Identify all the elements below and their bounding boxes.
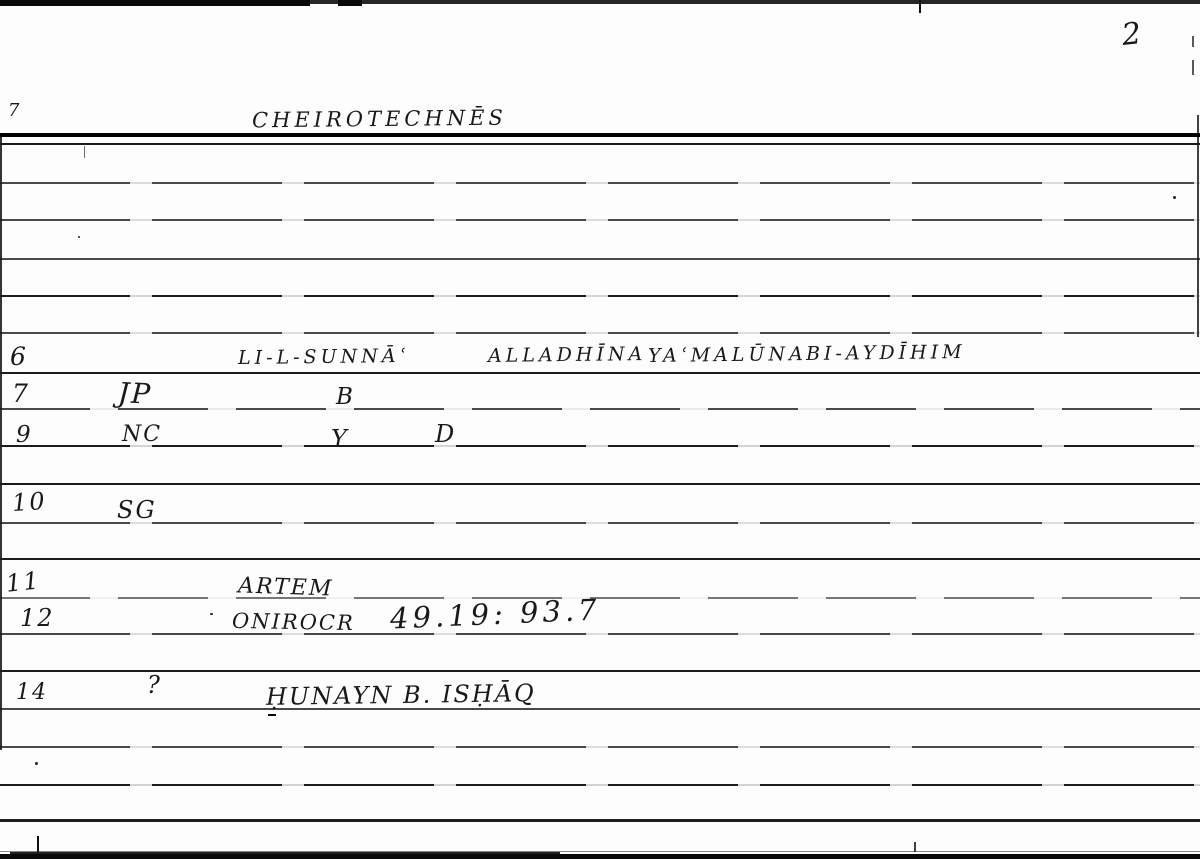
entry-12-number: 12 bbox=[20, 606, 55, 630]
entry-6-word-2: YAʿMALŪNA bbox=[648, 345, 807, 366]
entry-11-word-0: ARTEM bbox=[238, 575, 334, 600]
rule-line bbox=[0, 332, 1200, 334]
scan-edge-right bbox=[1197, 115, 1199, 337]
entry-7-word-0: JP bbox=[117, 379, 152, 409]
entry-12-word-0: ONIROCR bbox=[232, 611, 355, 634]
scan-edge-bottom bbox=[0, 854, 1200, 859]
entry-12-word-1: 49.19: 93.7 bbox=[389, 595, 601, 633]
scan-dash-right-2 bbox=[1192, 60, 1194, 75]
stray-dot bbox=[78, 236, 80, 238]
entry-6-word-1: ALLADHĪNA bbox=[488, 345, 647, 366]
entry-6-number: 6 bbox=[10, 344, 28, 369]
scan-edge-left bbox=[0, 135, 2, 750]
entry-7-number: 7 bbox=[12, 381, 30, 406]
rule-line bbox=[0, 483, 1200, 485]
stray-dash-under-h bbox=[268, 714, 276, 716]
rule-line bbox=[0, 372, 1200, 374]
entry-11-number: 11 bbox=[5, 568, 42, 595]
rule-line bbox=[0, 133, 1200, 137]
rule-line bbox=[0, 408, 1200, 410]
rule-line bbox=[0, 784, 1200, 786]
rule-line bbox=[0, 258, 1200, 260]
entry-10-number: 10 bbox=[11, 489, 47, 515]
entry-10-word-0: SG bbox=[117, 498, 157, 522]
rule-line bbox=[0, 819, 1200, 822]
stray-dot bbox=[1173, 196, 1176, 199]
page-title: CHEIROTECHNĒS bbox=[252, 108, 507, 132]
scan-tick-top bbox=[919, 0, 921, 13]
scan-edge-top-blob bbox=[338, 0, 362, 6]
entry-7-word-1: B bbox=[336, 386, 355, 409]
rule-line bbox=[0, 445, 1200, 447]
rule-line bbox=[0, 558, 1200, 560]
rule-line bbox=[0, 295, 1200, 297]
scan-edge-top-left-blob bbox=[0, 0, 310, 6]
entry-14-word-0: ? bbox=[147, 673, 162, 697]
rule-line bbox=[0, 143, 1200, 145]
rule-line bbox=[0, 746, 1200, 748]
stray-dot bbox=[35, 762, 38, 765]
rule-line bbox=[0, 522, 1200, 524]
entry-14-word-1: ḤUNAYN B. ISḤĀQ bbox=[266, 681, 536, 709]
entry-9-word-2: D bbox=[435, 422, 456, 446]
entry-9-word-1: Y bbox=[331, 427, 349, 451]
scan-tick-bottom-mid bbox=[914, 842, 916, 852]
entry-6-word-3: BI-AYDĪHIM bbox=[806, 343, 966, 364]
scanned-notebook-page: { "page": { "number": "2", "margin_mark"… bbox=[0, 0, 1200, 859]
entry-14-number: 14 bbox=[16, 682, 48, 704]
rule-line bbox=[0, 219, 1200, 221]
entry-9-number: 9 bbox=[16, 424, 33, 447]
scan-dash-right-1 bbox=[1192, 36, 1194, 47]
rule-line bbox=[0, 633, 1200, 635]
entry-9-word-0: NC bbox=[122, 424, 162, 446]
margin-mark: 7 bbox=[8, 102, 21, 120]
rule-line bbox=[0, 670, 1200, 672]
rule-line bbox=[0, 182, 1200, 184]
entry-6-word-0: LI-L-SUNNĀʿ bbox=[238, 347, 410, 368]
rule-line bbox=[0, 708, 1200, 710]
stray-dot bbox=[210, 613, 213, 615]
scan-tick-bottom-left bbox=[37, 836, 39, 852]
stray-tick bbox=[84, 146, 85, 158]
page-number: 2 bbox=[1120, 19, 1144, 51]
